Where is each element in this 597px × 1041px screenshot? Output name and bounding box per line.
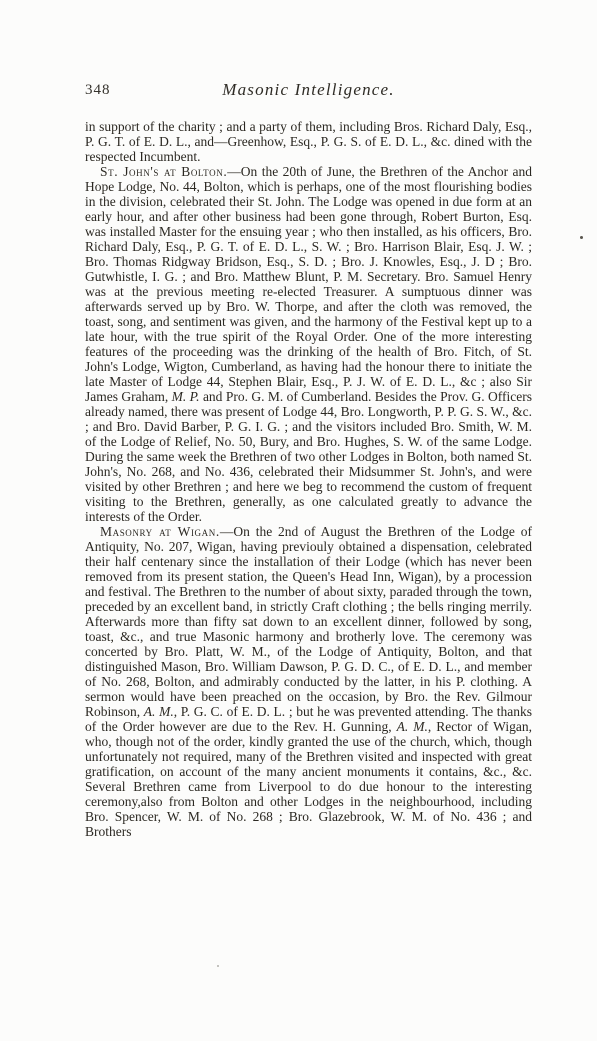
running-title: Masonic Intelligence. xyxy=(85,80,532,100)
paragraph-text: —On the 20th of June, the Brethren of th… xyxy=(85,164,532,404)
article-body: in support of the charity ; and a party … xyxy=(85,119,532,839)
italic-run: M. P. xyxy=(172,389,200,404)
ink-speck xyxy=(580,236,583,239)
italic-run: A. M. xyxy=(397,719,428,734)
paragraph-text: , Rector of Wigan, who, though not of th… xyxy=(85,719,532,839)
article-heading-bolton: St. John's at Bolton. xyxy=(100,164,227,179)
paragraph-text: in support of the charity ; and a party … xyxy=(85,119,532,164)
paragraph-bolton: St. John's at Bolton.—On the 20th of Jun… xyxy=(85,164,532,524)
article-heading-wigan: Masonry at Wigan. xyxy=(100,524,220,539)
ink-speck xyxy=(217,965,219,967)
paragraph-text: and Pro. G. M. of Cumberland. Besides th… xyxy=(85,389,532,524)
scanned-document-page: 348 Masonic Intelligence. in support of … xyxy=(0,0,597,1041)
paragraph-text: —On the 2nd of August the Brethren of th… xyxy=(85,524,532,719)
paragraph-wigan: Masonry at Wigan.—On the 2nd of August t… xyxy=(85,524,532,839)
italic-run: A. M. xyxy=(144,704,174,719)
paragraph-continuation: in support of the charity ; and a party … xyxy=(85,119,532,164)
page-header: 348 Masonic Intelligence. xyxy=(85,80,532,104)
